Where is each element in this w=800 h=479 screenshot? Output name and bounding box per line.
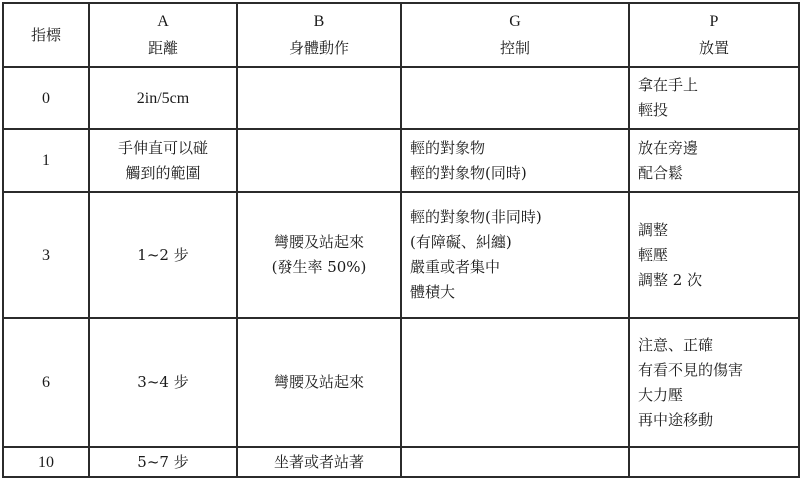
row-index-cell: 0: [3, 67, 89, 129]
header-col-b-label: 身體動作: [246, 35, 392, 61]
cell-text: 3~4 步: [98, 370, 228, 395]
cell-text: 調整 2 次: [638, 268, 790, 293]
header-col-g-label: 控制: [410, 35, 620, 61]
row-index: 0: [12, 86, 80, 111]
cell-text: 坐著或者站著: [246, 450, 392, 475]
cell-distance: 1~2 步: [89, 192, 237, 318]
cell-text: (有障礙、糾纏): [410, 230, 620, 255]
header-col-p-label: 放置: [638, 35, 790, 61]
table-row: 3 1~2 步 彎腰及站起來 (發生率 50%) 輕的對象物(非同時) (有障礙…: [3, 192, 799, 318]
cell-body-motion: 彎腰及站起來 (發生率 50%): [237, 192, 401, 318]
header-col-a-code: A: [98, 9, 228, 35]
header-col-p: P 放置: [629, 3, 799, 67]
cell-placement: 拿在手上 輕投: [629, 67, 799, 129]
cell-text: 大力壓: [638, 383, 790, 408]
header-row: 指標 A 距離 B 身體動作 G 控制 P 放置: [3, 3, 799, 67]
header-col-g-code: G: [410, 9, 620, 35]
cell-distance: 手伸直可以碰 觸到的範圍: [89, 129, 237, 192]
header-col-g: G 控制: [401, 3, 629, 67]
cell-text: 彎腰及站起來: [246, 230, 392, 255]
cell-text: 彎腰及站起來: [246, 370, 392, 395]
cell-text: 輕的對象物(同時): [410, 161, 620, 186]
row-index-cell: 1: [3, 129, 89, 192]
cell-text: 觸到的範圍: [98, 161, 228, 186]
cell-text: 手伸直可以碰: [98, 136, 228, 161]
table-row: 10 5~7 步 坐著或者站著: [3, 447, 799, 477]
cell-distance: 2in/5cm: [89, 67, 237, 129]
cell-text: 有看不見的傷害: [638, 358, 790, 383]
header-index: 指標: [3, 3, 89, 67]
row-index-cell: 3: [3, 192, 89, 318]
cell-distance: 3~4 步: [89, 318, 237, 447]
cell-text: (發生率 50%): [246, 255, 392, 280]
cell-control: [401, 318, 629, 447]
cell-placement: 注意、正確 有看不見的傷害 大力壓 再中途移動: [629, 318, 799, 447]
cell-text: 輕投: [638, 98, 790, 123]
header-col-p-code: P: [638, 9, 790, 35]
cell-text: 體積大: [410, 280, 620, 305]
cell-placement: 放在旁邊 配合鬆: [629, 129, 799, 192]
cell-placement: [629, 447, 799, 477]
cell-text: 調整: [638, 218, 790, 243]
cell-control: 輕的對象物(非同時) (有障礙、糾纏) 嚴重或者集中 體積大: [401, 192, 629, 318]
cell-text: 嚴重或者集中: [410, 255, 620, 280]
cell-body-motion: 彎腰及站起來: [237, 318, 401, 447]
cell-body-motion: [237, 67, 401, 129]
cell-control: [401, 67, 629, 129]
header-col-b: B 身體動作: [237, 3, 401, 67]
cell-control: [401, 447, 629, 477]
cell-text: 輕的對象物(非同時): [410, 205, 620, 230]
row-index: 1: [12, 148, 80, 173]
cell-text: 放在旁邊: [638, 136, 790, 161]
cell-distance: 5~7 步: [89, 447, 237, 477]
cell-text: 1~2 步: [98, 243, 228, 268]
cell-control: 輕的對象物 輕的對象物(同時): [401, 129, 629, 192]
header-col-b-code: B: [246, 9, 392, 35]
cell-text: 2in/5cm: [98, 86, 228, 111]
cell-text: 輕壓: [638, 243, 790, 268]
row-index: 6: [12, 370, 80, 395]
moving-distance-index-table: 指標 A 距離 B 身體動作 G 控制 P 放置 0 2in/5cm 拿在手上 …: [2, 2, 800, 478]
cell-text: 5~7 步: [98, 450, 228, 475]
header-col-a-label: 距離: [98, 35, 228, 61]
table-row: 6 3~4 步 彎腰及站起來 注意、正確 有看不見的傷害 大力壓 再中途移動: [3, 318, 799, 447]
row-index: 3: [12, 243, 80, 268]
cell-text: 配合鬆: [638, 161, 790, 186]
cell-text: 拿在手上: [638, 73, 790, 98]
cell-body-motion: [237, 129, 401, 192]
table-row: 1 手伸直可以碰 觸到的範圍 輕的對象物 輕的對象物(同時) 放在旁邊 配合鬆: [3, 129, 799, 192]
header-col-a: A 距離: [89, 3, 237, 67]
cell-body-motion: 坐著或者站著: [237, 447, 401, 477]
header-index-label: 指標: [12, 22, 80, 48]
cell-text: 注意、正確: [638, 333, 790, 358]
table-row: 0 2in/5cm 拿在手上 輕投: [3, 67, 799, 129]
row-index-cell: 6: [3, 318, 89, 447]
row-index: 10: [12, 450, 80, 475]
cell-text: 再中途移動: [638, 408, 790, 433]
row-index-cell: 10: [3, 447, 89, 477]
cell-text: 輕的對象物: [410, 136, 620, 161]
cell-placement: 調整 輕壓 調整 2 次: [629, 192, 799, 318]
